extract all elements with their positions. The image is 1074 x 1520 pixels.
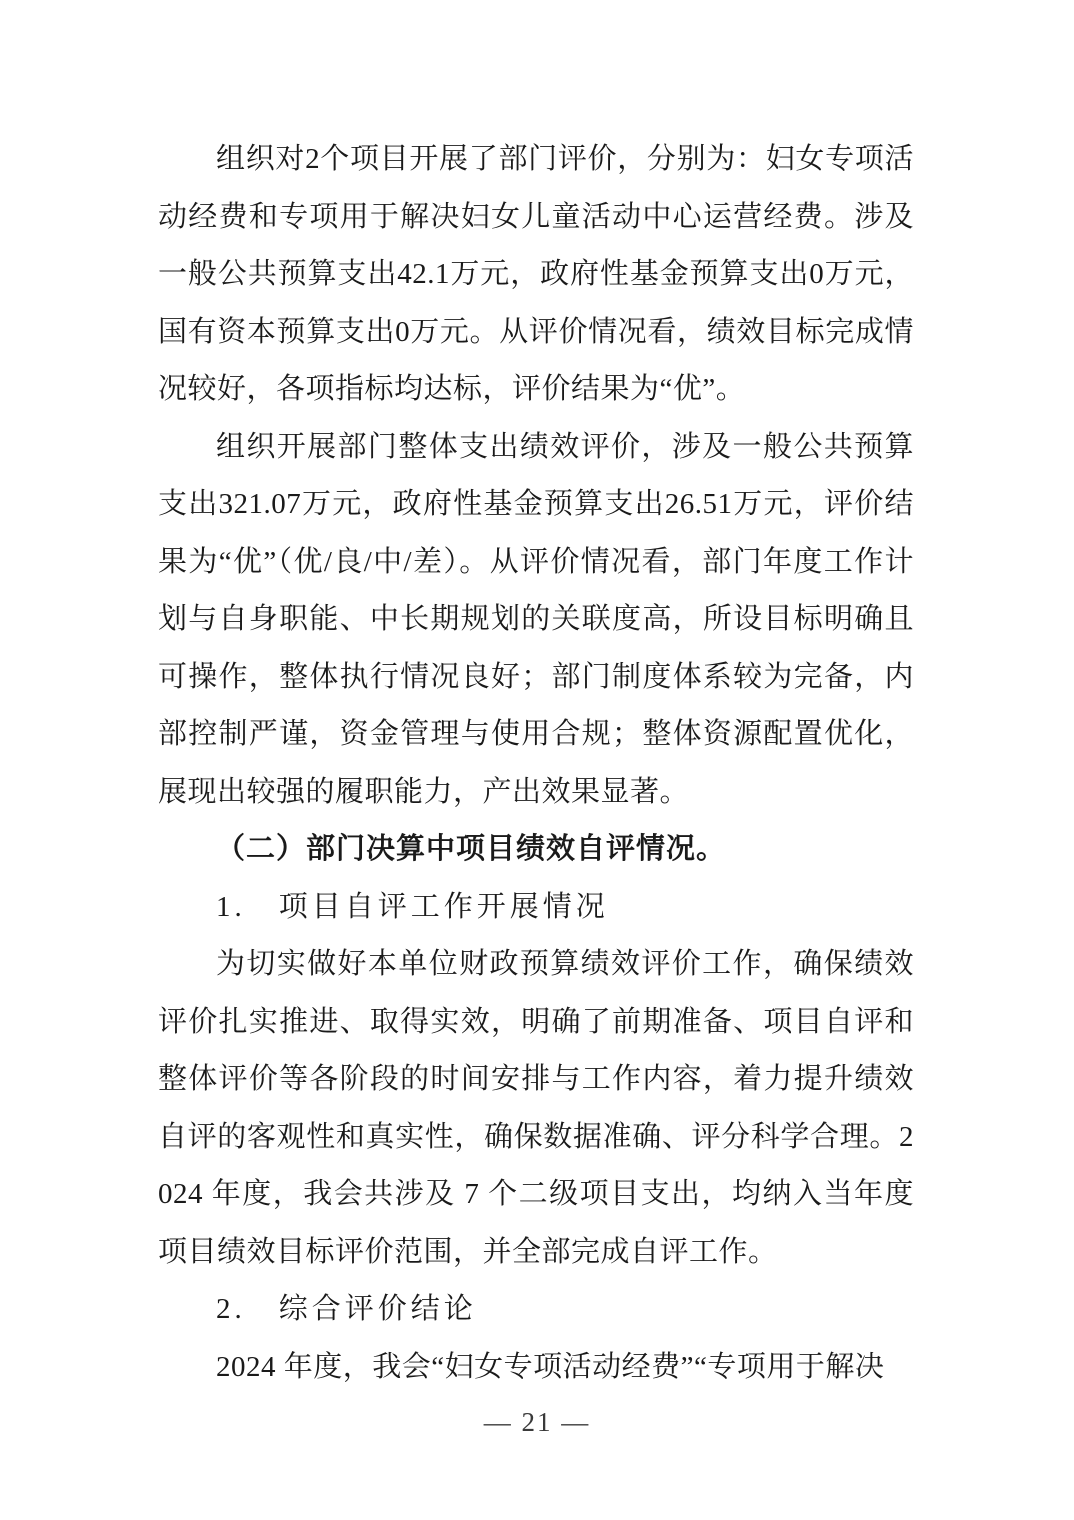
- paragraph-self-evaluation-work: 为切实做好本单位财政预算绩效评价工作，确保绩效评价扎实推进、取得实效，明确了前期…: [158, 936, 914, 1281]
- paragraph-overall-expenditure-evaluation: 组织开展部门整体支出绩效评价，涉及一般公共预算支出321.07万元，政府性基金预…: [158, 419, 914, 822]
- paragraph-department-evaluation: 组织对2个项目开展了部门评价，分别为：妇女专项活动经费和专项用于解决妇女儿童活动…: [158, 131, 914, 419]
- page-number: — 21 —: [484, 1407, 591, 1437]
- page-footer: — 21 —: [0, 1398, 1074, 1446]
- paragraph-comprehensive-conclusion: 2024 年度，我会“妇女专项活动经费”“专项用于解决: [158, 1339, 914, 1397]
- document-page: 组织对2个项目开展了部门评价，分别为：妇女专项活动经费和专项用于解决妇女儿童活动…: [0, 0, 1074, 1520]
- section-heading-self-evaluation: （二）部门决算中项目绩效自评情况。: [158, 821, 914, 879]
- subsection-heading-2: 2. 综合评价结论: [158, 1281, 914, 1339]
- page-content: 组织对2个项目开展了部门评价，分别为：妇女专项活动经费和专项用于解决妇女儿童活动…: [158, 131, 914, 1396]
- subsection-heading-1: 1. 项目自评工作开展情况: [158, 879, 914, 937]
